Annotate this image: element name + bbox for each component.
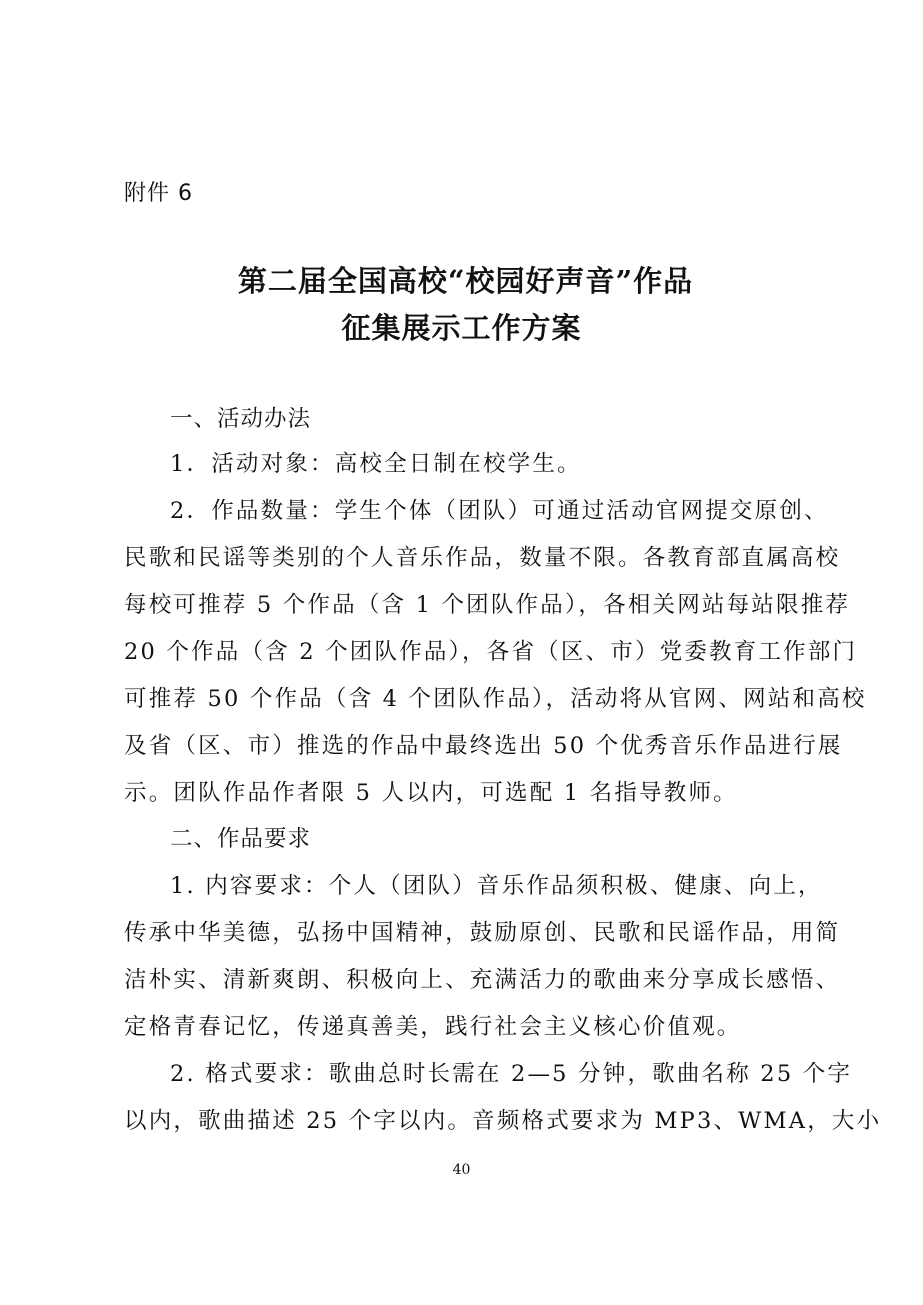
document-title-line-1: 第二届全国高校“校园好声音”作品: [4, 259, 923, 300]
document-page: 附件 6 第二届全国高校“校园好声音”作品 征集展示工作方案 一、活动办法 1．…: [0, 0, 923, 1305]
page-number: 40: [0, 1162, 923, 1178]
paragraph-line: 民歌和民谣等类别的个人音乐作品，数量不限。各教育部直属高校: [124, 543, 814, 573]
paragraph-line: 定格青春记忆，传递真善美，践行社会主义核心价值观。: [124, 1012, 814, 1042]
section-heading-1: 一、活动办法: [170, 404, 814, 434]
paragraph-line: 20 个作品（含 2 个团队作品），各省（区、市）党委教育工作部门: [124, 637, 814, 667]
paragraph-line: 1．活动对象：高校全日制在校学生。: [170, 449, 814, 479]
section-heading-2: 二、作品要求: [170, 824, 814, 854]
paragraph-line: 传承中华美德，弘扬中国精神，鼓励原创、民歌和民谣作品，用简: [124, 918, 814, 948]
paragraph-line: 可推荐 50 个作品（含 4 个团队作品），活动将从官网、网站和高校: [124, 684, 814, 714]
paragraph-line: 洁朴实、清新爽朗、积极向上、充满活力的歌曲来分享成长感悟、: [124, 965, 814, 995]
paragraph-line: 示。团队作品作者限 5 人以内，可选配 1 名指导教师。: [124, 778, 814, 808]
paragraph-line: 每校可推荐 5 个作品（含 1 个团队作品），各相关网站每站限推荐: [124, 590, 814, 620]
paragraph-line: 及省（区、市）推选的作品中最终选出 50 个优秀音乐作品进行展: [124, 731, 814, 761]
document-title-line-2: 征集展示工作方案: [0, 306, 923, 347]
paragraph-line: 以内，歌曲描述 25 个字以内。音频格式要求为 MP3、WMA，大小: [124, 1106, 814, 1136]
paragraph-line: 2．作品数量：学生个体（团队）可通过活动官网提交原创、: [170, 496, 814, 526]
paragraph-line: 2. 格式要求：歌曲总时长需在 2—5 分钟，歌曲名称 25 个字: [170, 1059, 814, 1089]
paragraph-line: 1. 内容要求：个人（团队）音乐作品须积极、健康、向上，: [170, 871, 814, 901]
attachment-label: 附件 6: [124, 176, 193, 207]
